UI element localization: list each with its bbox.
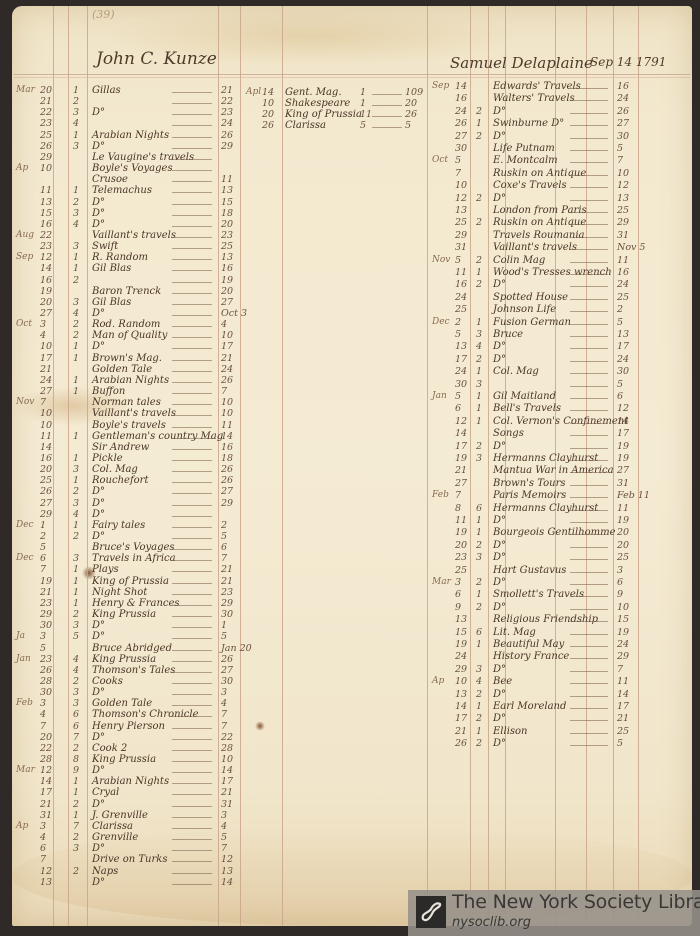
- entry-title: Bruce: [493, 328, 523, 341]
- title-dash: [570, 683, 608, 684]
- entry-returned: 20: [617, 526, 629, 539]
- title-dash: [570, 187, 608, 188]
- entry-returned: 16: [617, 266, 629, 279]
- entry-returned: 11: [617, 675, 629, 688]
- ledger-row: 193Hermanns Clayhurst19: [0, 452, 700, 465]
- entry-day: 10: [455, 675, 467, 688]
- entry-title: D°: [493, 130, 506, 143]
- entry-volume: 3: [476, 551, 482, 564]
- title-dash: [172, 817, 212, 818]
- ledger-row: 16Walters' Travels24: [0, 92, 700, 105]
- entry-day: 13: [455, 340, 467, 353]
- entry-day: 14: [455, 700, 467, 713]
- entry-volume: 1: [476, 266, 482, 279]
- entry-returned: 11: [617, 254, 629, 267]
- ledger-row: 191Beautiful May24: [0, 638, 700, 651]
- title-dash: [570, 373, 608, 374]
- entry-volume: 2: [476, 440, 482, 453]
- ledger-row: 141Earl Moreland17: [0, 700, 700, 713]
- title-dash: [172, 794, 212, 795]
- ledger-row: 252Ruskin on Antique29: [0, 216, 700, 229]
- entry-returned: Nov 5: [617, 241, 645, 254]
- title-dash: [570, 212, 608, 213]
- title-dash: [570, 634, 608, 635]
- entry-title: D°: [493, 192, 506, 205]
- entry-title: History France: [493, 650, 569, 663]
- ledger-row: 172D°19: [0, 440, 700, 453]
- entry-volume: 2: [476, 192, 482, 205]
- title-dash: [172, 850, 212, 851]
- entry-title: Lit. Mag: [493, 626, 536, 639]
- entry-title: Travels Roumania: [493, 229, 585, 242]
- entry-day: 5: [455, 328, 461, 341]
- entry-returned: 7: [617, 663, 623, 676]
- entry-title: D°: [493, 539, 506, 552]
- entry-returned: 19: [617, 514, 629, 527]
- ledger-row: 261Swinburne D°27: [0, 117, 700, 130]
- entry-title: Col. Vernon's Confinement: [493, 415, 628, 428]
- entry-returned: 25: [617, 551, 629, 564]
- entry-day: 27: [455, 477, 467, 490]
- title-dash: [570, 262, 608, 263]
- entry-volume: 2: [476, 216, 482, 229]
- entry-volume: 1: [476, 316, 482, 329]
- entry-volume: 1: [476, 638, 482, 651]
- entry-day: 30: [455, 142, 467, 155]
- entry-returned: 25: [617, 725, 629, 738]
- entry-volume: 3: [476, 328, 482, 341]
- ledger-row: 14Songs17: [0, 427, 700, 440]
- ledger-row: 13D°14: [0, 876, 700, 889]
- entry-title: D°: [493, 737, 506, 750]
- entry-title: Bourgeois Gentilhomme: [493, 526, 616, 539]
- entry-volume: 2: [476, 254, 482, 267]
- ledger-row: 13Religious Friendship15: [0, 613, 700, 626]
- title-dash: [570, 224, 608, 225]
- entry-volume: 1: [476, 415, 482, 428]
- ledger-row: 111Wood's Tresses wrench16: [0, 266, 700, 279]
- entry-day: 14: [455, 427, 467, 440]
- entry-returned: 24: [617, 92, 629, 105]
- entry-day: 13: [455, 613, 467, 626]
- entry-returned: 26: [617, 105, 629, 118]
- ledger-row: 3035: [0, 378, 700, 391]
- entry-title: Life Putnam: [493, 142, 555, 155]
- entry-returned: 12: [617, 402, 629, 415]
- entry-title: Hermanns Clayhurst: [493, 502, 598, 515]
- ledger-row: 10Coxe's Travels12: [0, 179, 700, 192]
- entry-title: Colin Mag: [493, 254, 545, 267]
- entry-returned: 14: [617, 415, 629, 428]
- entry-returned: 21: [617, 712, 629, 725]
- ledger-row: 241Col. Mag30: [0, 365, 700, 378]
- entry-title: D°: [493, 576, 506, 589]
- entry-returned: 15: [617, 613, 629, 626]
- title-dash: [570, 497, 608, 498]
- entry-returned: 14: [221, 876, 233, 889]
- entry-day: 30: [455, 378, 467, 391]
- entry-returned: 13: [617, 192, 629, 205]
- library-url: nysoclib.org: [452, 915, 531, 930]
- entry-returned: 30: [617, 365, 629, 378]
- entry-volume: 1: [476, 725, 482, 738]
- entry-day: 29: [455, 663, 467, 676]
- entry-title: Mantua War in America: [493, 464, 614, 477]
- entry-returned: 17: [617, 427, 629, 440]
- ledger-row: 31Vaillant's travelsNov 5: [0, 241, 700, 254]
- entry-title: Brown's Tours: [493, 477, 565, 490]
- entry-day: 20: [455, 539, 467, 552]
- entry-day: 25: [455, 303, 467, 316]
- entry-returned: 24: [617, 278, 629, 291]
- entry-returned: 5: [617, 316, 623, 329]
- entry-title: Beautiful May: [493, 638, 564, 651]
- title-dash: [570, 113, 608, 114]
- entry-returned: 9: [617, 588, 623, 601]
- entry-title: D°: [493, 105, 506, 118]
- entry-day: 11: [455, 514, 467, 527]
- title-dash: [570, 162, 608, 163]
- title-dash: [570, 138, 608, 139]
- entry-returned: 6: [617, 576, 623, 589]
- ledger-row: 233D°25: [0, 551, 700, 564]
- ledger-row: Dec21Fusion German5: [0, 316, 700, 329]
- member-name-right: Samuel Delaplaine: [450, 54, 593, 72]
- entry-day: 5: [455, 390, 461, 403]
- title-dash: [570, 559, 608, 560]
- entry-day: 19: [455, 638, 467, 651]
- title-dash: [570, 485, 608, 486]
- entry-volume: 2: [476, 278, 482, 291]
- title-dash: [570, 237, 608, 238]
- title-dash: [172, 839, 212, 840]
- entry-title: Hermanns Clayhurst: [493, 452, 598, 465]
- entry-volume: 2: [476, 576, 482, 589]
- entry-day: 24: [455, 105, 467, 118]
- entry-title: Fusion German: [493, 316, 571, 329]
- entry-title: Songs: [493, 427, 524, 440]
- ledger-row: Jan51Gil Maitland6: [0, 390, 700, 403]
- entry-title: Spotted House: [493, 291, 568, 304]
- entry-returned: 5: [617, 378, 623, 391]
- entry-volume: 2: [476, 539, 482, 552]
- ledger-row: Feb7Paris MemoirsFeb 11: [0, 489, 700, 502]
- ledger-row: 92D°10: [0, 601, 700, 614]
- entry-day: 5: [455, 154, 461, 167]
- entry-day: 29: [455, 229, 467, 242]
- title-dash: [570, 423, 608, 424]
- title-dash: [172, 861, 212, 862]
- entry-month: Oct: [432, 154, 448, 167]
- entry-returned: 19: [617, 626, 629, 639]
- ledger-row: 172D°21: [0, 712, 700, 725]
- ledger-row: 61Smollett's Travels9: [0, 588, 700, 601]
- title-dash: [570, 720, 608, 721]
- entry-returned: 7: [617, 154, 623, 167]
- title-dash: [172, 873, 212, 874]
- title-dash: [570, 125, 608, 126]
- entry-title: D°: [493, 514, 506, 527]
- title-dash: [570, 658, 608, 659]
- ledger-row: 122D°13: [0, 192, 700, 205]
- entry-month: Nov: [432, 254, 450, 267]
- entry-title: London from Paris: [493, 204, 587, 217]
- ledger-row: 202D°20: [0, 539, 700, 552]
- ledger-row: 61Bell's Travels12: [0, 402, 700, 415]
- entry-volume: 2: [476, 105, 482, 118]
- library-name: The New York Society Library: [452, 891, 700, 913]
- ledger-row: 21Mantua War in America27: [0, 464, 700, 477]
- entry-title: Col. Mag: [493, 365, 539, 378]
- title-dash: [570, 311, 608, 312]
- page-number: (39): [92, 8, 115, 21]
- title-dash: [570, 150, 608, 151]
- ledger-row: Sep14Edwards' Travels16: [0, 80, 700, 93]
- entry-title: D°: [92, 876, 105, 889]
- title-dash: [570, 175, 608, 176]
- entry-title: Hart Gustavus: [493, 564, 566, 577]
- entry-month: Mar: [432, 576, 451, 589]
- entry-title: Ruskin on Antique: [493, 216, 586, 229]
- title-dash: [570, 621, 608, 622]
- title-dash: [570, 584, 608, 585]
- entry-day: 17: [455, 712, 467, 725]
- entry-title: E. Montcalm: [493, 154, 558, 167]
- entry-day: 23: [455, 551, 467, 564]
- entry-day: 6: [455, 402, 461, 415]
- title-dash: [570, 386, 608, 387]
- title-dash: [570, 572, 608, 573]
- title-dash: [570, 646, 608, 647]
- title-dash: [570, 361, 608, 362]
- entry-day: 6: [455, 588, 461, 601]
- entry-volume: 1: [476, 365, 482, 378]
- entry-title: Smollett's Travels: [493, 588, 584, 601]
- entry-title: Ruskin on Antique: [493, 167, 586, 180]
- entry-title: Gil Maitland: [493, 390, 556, 403]
- entry-returned: 6: [617, 390, 623, 403]
- entry-volume: 2: [476, 130, 482, 143]
- entry-day: 13: [40, 876, 52, 889]
- entry-day: 16: [455, 92, 467, 105]
- entry-returned: 5: [617, 737, 623, 750]
- entry-returned: Feb 11: [617, 489, 650, 502]
- entry-returned: 31: [617, 477, 629, 490]
- entry-volume: 1: [476, 390, 482, 403]
- entry-day: 24: [455, 650, 467, 663]
- entry-day: 13: [455, 688, 467, 701]
- entry-title: Johnson Life: [493, 303, 556, 316]
- entry-day: 26: [455, 737, 467, 750]
- entry-volume: 3: [476, 663, 482, 676]
- entry-volume: 1: [476, 514, 482, 527]
- entry-volume: 1: [476, 117, 482, 130]
- entry-title: Swinburne D°: [493, 117, 564, 130]
- entry-month: Ap: [432, 675, 444, 688]
- entry-day: 17: [455, 353, 467, 366]
- title-dash: [172, 783, 212, 784]
- ledger-row: 86Hermanns Clayhurst11: [0, 502, 700, 515]
- title-dash: [570, 671, 608, 672]
- title-dash: [570, 410, 608, 411]
- entry-returned: 10: [617, 601, 629, 614]
- entry-day: 26: [455, 117, 467, 130]
- entry-title: Walters' Travels: [493, 92, 575, 105]
- entry-returned: 19: [617, 452, 629, 465]
- ledger-row: 242D°26: [0, 105, 700, 118]
- title-dash: [570, 534, 608, 535]
- entry-title: D°: [493, 353, 506, 366]
- entry-title: Vaillant's travels: [493, 241, 577, 254]
- entry-day: 21: [455, 725, 467, 738]
- entry-title: Religious Friendship: [493, 613, 598, 626]
- entry-returned: 13: [617, 328, 629, 341]
- entry-day: 24: [455, 291, 467, 304]
- entry-title: Bee: [493, 675, 512, 688]
- entry-returned: 24: [617, 638, 629, 651]
- ledger-row: 262D°5: [0, 737, 700, 750]
- title-dash: [570, 733, 608, 734]
- entry-day: 21: [455, 464, 467, 477]
- title-dash: [570, 324, 608, 325]
- entry-day: 7: [455, 167, 461, 180]
- title-dash: [570, 708, 608, 709]
- entry-day: 10: [455, 179, 467, 192]
- entry-day: 12: [455, 415, 467, 428]
- title-dash: [172, 806, 212, 807]
- entry-day: 2: [455, 316, 461, 329]
- entry-title: Bell's Travels: [493, 402, 561, 415]
- entry-title: D°: [493, 340, 506, 353]
- entry-returned: 16: [617, 80, 629, 93]
- title-dash: [570, 609, 608, 610]
- entry-returned: 2: [617, 303, 623, 316]
- entry-returned: 20: [617, 539, 629, 552]
- entry-day: 12: [455, 192, 467, 205]
- entry-day: 25: [455, 564, 467, 577]
- entry-title: D°: [493, 601, 506, 614]
- entry-volume: 1: [476, 700, 482, 713]
- entry-day: 11: [455, 266, 467, 279]
- ledger-row: 293D°7: [0, 663, 700, 676]
- ledger-row: 132D°14: [0, 688, 700, 701]
- ledger-row: 13London from Paris25: [0, 204, 700, 217]
- entry-volume: 2: [476, 688, 482, 701]
- ledger-row: 25Hart Gustavus3: [0, 564, 700, 577]
- entry-returned: 31: [617, 229, 629, 242]
- entry-returned: 24: [617, 353, 629, 366]
- entry-day: 19: [455, 452, 467, 465]
- entry-day: 15: [455, 626, 467, 639]
- entry-returned: 17: [617, 700, 629, 713]
- entry-returned: 11: [617, 502, 629, 515]
- entry-day: 17: [455, 440, 467, 453]
- entry-title: D°: [493, 440, 506, 453]
- title-dash: [570, 274, 608, 275]
- entry-title: D°: [493, 551, 506, 564]
- header-rule: [14, 77, 690, 78]
- entry-title: Edwards' Travels: [493, 80, 581, 93]
- entry-title: D°: [493, 663, 506, 676]
- member-name-left: John C. Kunze: [96, 49, 217, 69]
- entry-day: 5: [455, 254, 461, 267]
- entry-month: Dec: [432, 316, 450, 329]
- title-dash: [570, 398, 608, 399]
- entry-volume: 1: [476, 402, 482, 415]
- entry-volume: 1: [476, 526, 482, 539]
- entry-day: 8: [455, 502, 461, 515]
- title-dash: [570, 510, 608, 511]
- entry-month: Feb: [432, 489, 449, 502]
- entry-returned: 12: [617, 179, 629, 192]
- ledger-row: Mar32D°6: [0, 576, 700, 589]
- title-dash: [172, 884, 212, 885]
- title-dash: [570, 472, 608, 473]
- ledger-row: 134D°17: [0, 340, 700, 353]
- entry-volume: 4: [476, 675, 482, 688]
- entry-returned: 29: [617, 650, 629, 663]
- entry-returned: 29: [617, 216, 629, 229]
- title-dash: [570, 448, 608, 449]
- entry-returned: 3: [617, 564, 623, 577]
- ledger-row: 162D°24: [0, 278, 700, 291]
- entry-title: D°: [493, 712, 506, 725]
- title-dash: [172, 772, 212, 773]
- entry-volume: 2: [476, 601, 482, 614]
- entry-returned: 27: [617, 464, 629, 477]
- title-dash: [570, 745, 608, 746]
- entry-day: 24: [455, 365, 467, 378]
- entry-day: 31: [455, 241, 467, 254]
- entry-volume: 2: [476, 712, 482, 725]
- entry-volume: 3: [476, 452, 482, 465]
- title-dash: [570, 522, 608, 523]
- ledger-row: Oct5E. Montcalm7: [0, 154, 700, 167]
- entry-month: Sep: [432, 80, 449, 93]
- title-dash: [570, 696, 608, 697]
- ledger-row: 53Bruce13: [0, 328, 700, 341]
- entry-title: Wood's Tresses wrench: [493, 266, 612, 279]
- ledger-row: 191Bourgeois Gentilhomme20: [0, 526, 700, 539]
- entry-returned: 19: [617, 440, 629, 453]
- title-dash: [570, 88, 608, 89]
- entry-title: Ellison: [493, 725, 528, 738]
- title-dash: [570, 100, 608, 101]
- ledger-row: 172D°24: [0, 353, 700, 366]
- entry-day: 9: [455, 601, 461, 614]
- entry-returned: 30: [617, 130, 629, 143]
- ledger-row: 121Col. Vernon's Confinement14: [0, 415, 700, 428]
- ledger-row: 25Johnson Life2: [0, 303, 700, 316]
- title-dash: [570, 286, 608, 287]
- title-dash: [570, 460, 608, 461]
- entry-day: 16: [455, 278, 467, 291]
- library-watermark: The New York Society Library nysoclib.or…: [408, 890, 700, 936]
- ledger-row: Nov52Colin Mag11: [0, 254, 700, 267]
- entry-returned: 25: [617, 291, 629, 304]
- title-dash: [570, 200, 608, 201]
- entry-volume: 4: [476, 340, 482, 353]
- ledger-row: 156Lit. Mag19: [0, 626, 700, 639]
- ledger-row: 111D°19: [0, 514, 700, 527]
- header-rule: [14, 74, 690, 75]
- account-opened-date: Sep 14 1791: [590, 55, 666, 69]
- ledger-row: 24History France29: [0, 650, 700, 663]
- entry-returned: 10: [617, 167, 629, 180]
- library-s-logo-icon: [416, 896, 446, 928]
- ledger-row: 27Brown's Tours31: [0, 477, 700, 490]
- ledger-row: 30Life Putnam5: [0, 142, 700, 155]
